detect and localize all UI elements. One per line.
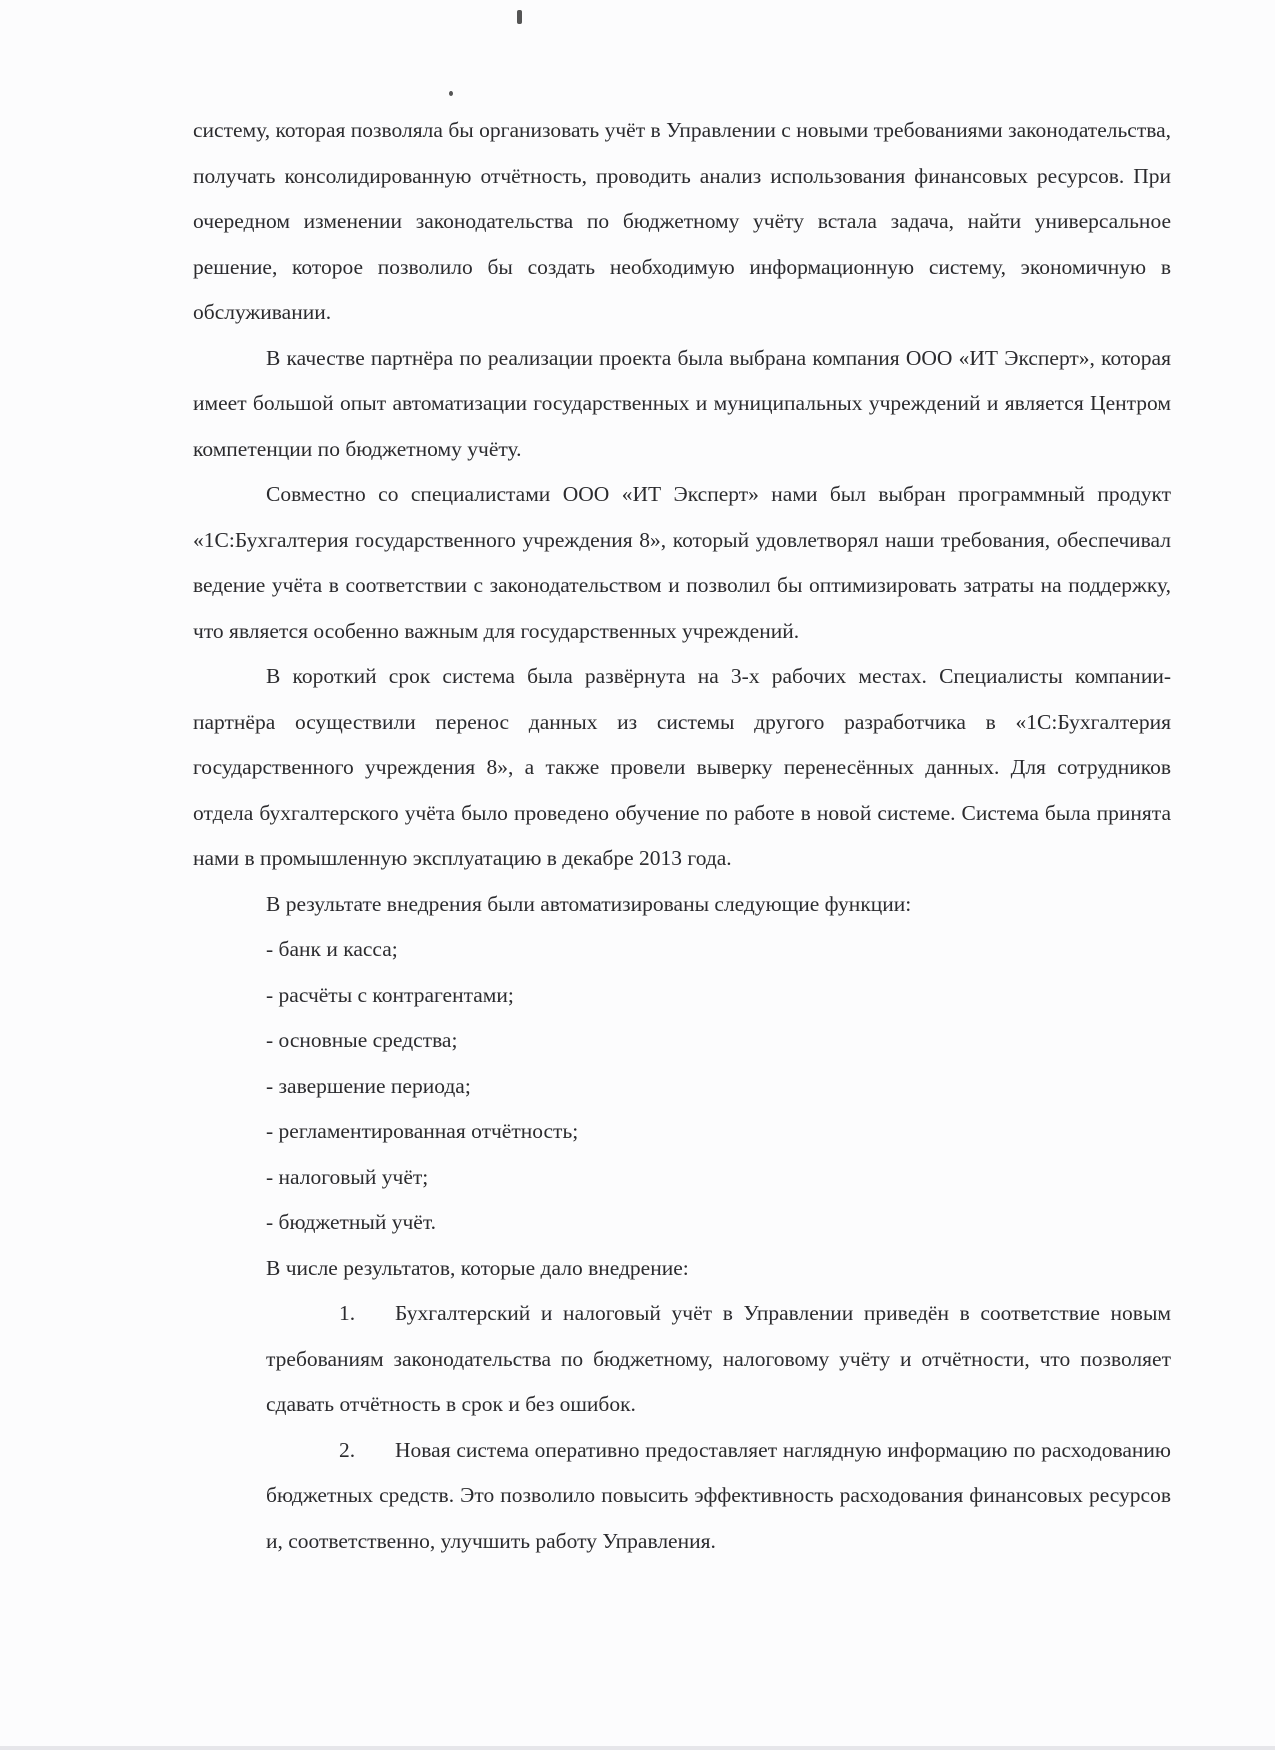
list-item: - банк и касса; [193, 927, 1171, 973]
scan-speck [449, 91, 453, 96]
list-item: - бюджетный учёт. [193, 1200, 1171, 1246]
result-text: Бухгалтерский и налоговый учёт в Управле… [266, 1301, 1171, 1416]
scan-speck [517, 10, 522, 24]
result-number: 2. [266, 1428, 395, 1474]
list-item: - основные средства; [193, 1018, 1171, 1064]
result-item: 1.Бухгалтерский и налоговый учёт в Управ… [266, 1291, 1171, 1428]
paragraph: В качестве партнёра по реализации проект… [193, 336, 1171, 473]
result-number: 1. [266, 1291, 395, 1337]
results-list: 1.Бухгалтерский и налоговый учёт в Управ… [193, 1291, 1171, 1564]
list-item: - регламентированная отчётность; [193, 1109, 1171, 1155]
document-page: систему, которая позволяла бы организова… [193, 108, 1171, 1564]
result-item: 2.Новая система оперативно предоставляет… [266, 1428, 1171, 1565]
paragraph: В короткий срок система была развёрнута … [193, 654, 1171, 882]
list-item: - расчёты с контрагентами; [193, 973, 1171, 1019]
paragraph: В результате внедрения были автоматизиро… [193, 882, 1171, 928]
list-item: - завершение периода; [193, 1064, 1171, 1110]
paragraph: Совместно со специалистами ООО «ИТ Экспе… [193, 472, 1171, 654]
list-item: - налоговый учёт; [193, 1155, 1171, 1201]
result-text: Новая система оперативно предоставляет н… [266, 1438, 1171, 1553]
functions-list: - банк и касса; - расчёты с контрагентам… [193, 927, 1171, 1246]
scan-edge [0, 1746, 1275, 1750]
paragraph: систему, которая позволяла бы организова… [193, 108, 1171, 336]
results-intro: В числе результатов, которые дало внедре… [193, 1246, 1171, 1292]
